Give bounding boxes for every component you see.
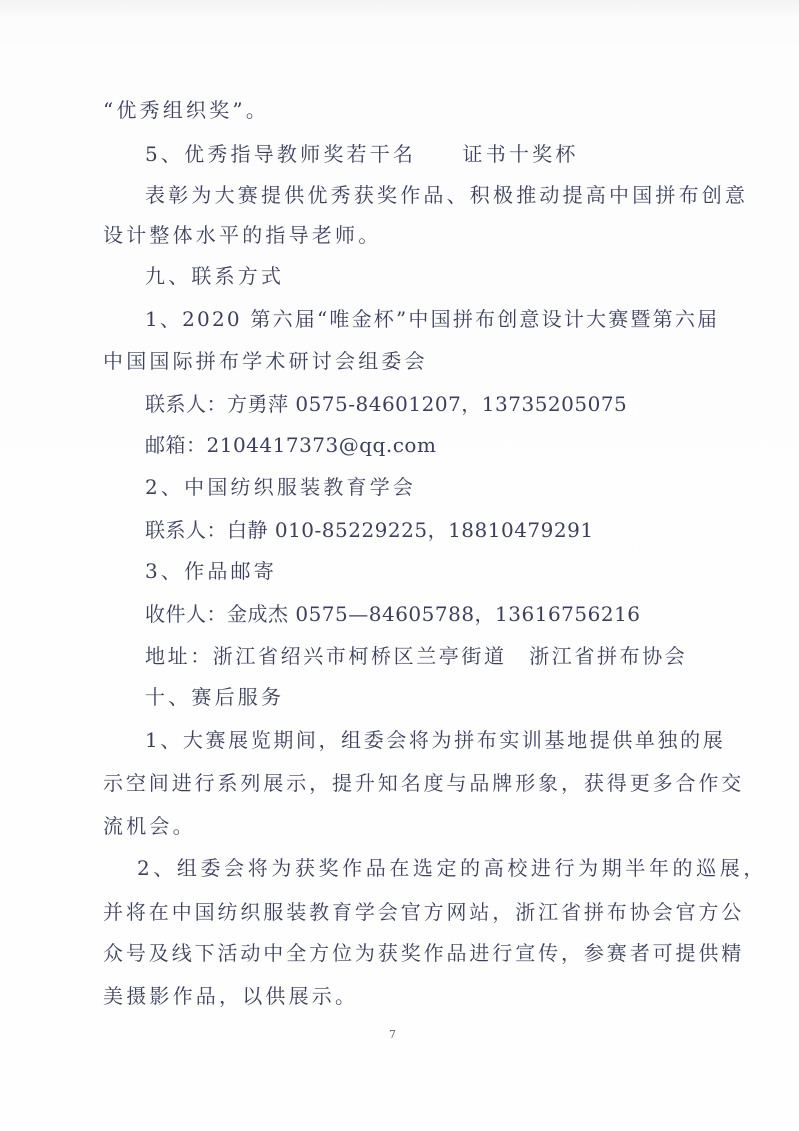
service-1-line-1: 1、大赛展览期间，组委会将为拼布实训基地提供单独的展 (145, 726, 745, 754)
contact-address: 地址：浙江省绍兴市柯桥区兰亭街道 浙江省拼布协会 (145, 642, 745, 670)
contact-recipient: 收件人：金成杰 0575—84605788，13616756216 (145, 600, 745, 628)
service-2-line-4: 美摄影作品，以供展示。 (103, 982, 703, 1010)
service-2-line-3: 众号及线下活动中全方位为获奖作品进行宣传，参赛者可提供精 (103, 939, 703, 967)
contact-mail-heading: 3、作品邮寄 (145, 557, 745, 585)
section-heading-post-competition: 十、赛后服务 (145, 683, 745, 711)
contact-org-2: 2、中国纺织服装教育学会 (145, 473, 745, 501)
contact-email: 邮箱：2104417373@qq.com (145, 431, 745, 459)
award-line-teacher: 5、优秀指导教师奖若干名 证书十奖杯 (145, 140, 745, 168)
service-2-line-2: 并将在中国纺织服装教育学会官方网站，浙江省拼布协会官方公 (103, 898, 703, 926)
page-number: 7 (389, 1028, 396, 1041)
service-1-line-2: 示空间进行系列展示，提升知名度与品牌形象，获得更多合作交 (103, 769, 703, 797)
contact-org-1-line-1: 1、2020 第六届“唯金杯”中国拼布创意设计大赛暨第六届 (145, 305, 745, 333)
contact-person-1: 联系人：方勇萍 0575-84601207，13735205075 (145, 390, 745, 418)
scanned-document-page: “优秀组织奖”。 5、优秀指导教师奖若干名 证书十奖杯 表彰为大赛提供优秀获奖作… (0, 0, 799, 1131)
award-line-organization: “优秀组织奖”。 (103, 96, 703, 124)
contact-org-1-line-2: 中国国际拼布学术研讨会组委会 (103, 347, 703, 375)
section-heading-contact: 九、联系方式 (145, 262, 745, 290)
paragraph-teacher-award-1: 表彰为大赛提供优秀获奖作品、积极推动提高中国拼布创意 (145, 181, 745, 209)
paragraph-teacher-award-2: 设计整体水平的指导老师。 (103, 221, 703, 249)
contact-person-2: 联系人：白静 010-85229225，18810479291 (145, 516, 745, 544)
service-1-line-3: 流机会。 (103, 812, 703, 840)
service-2-line-1: 2、组委会将为获奖作品在选定的高校进行为期半年的巡展， (137, 854, 737, 882)
